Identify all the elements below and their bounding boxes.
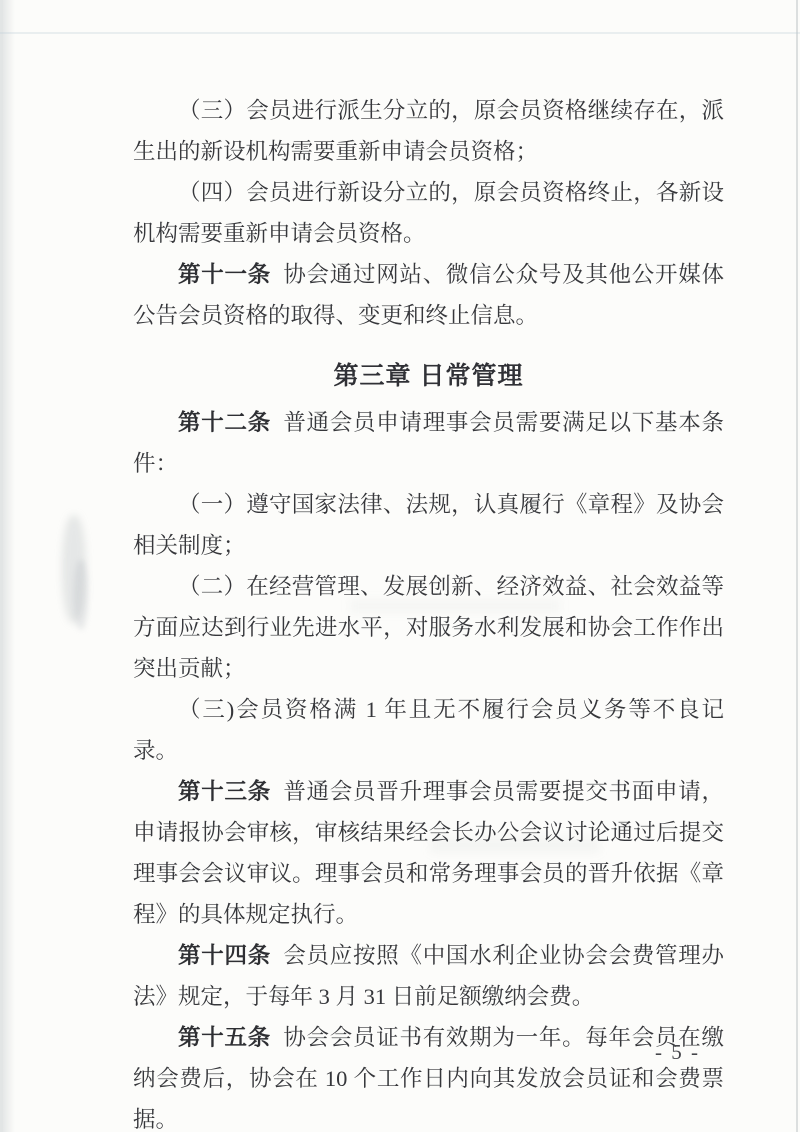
scan-edge-left-shadow [3, 0, 15, 1132]
article-term: 第十四条 [178, 943, 271, 968]
article-paragraph: 第十四条会员应按照《中国水利企业协会会费管理办法》规定，于每年 3 月 31 日… [133, 935, 724, 1017]
list-item-paragraph: （二）在经营管理、发展创新、经济效益、社会效益等方面应达到行业先进水平，对服务水… [133, 566, 724, 689]
article-term: 第十一条 [178, 262, 271, 287]
list-item-paragraph: （一）遵守国家法律、法规，认真履行《章程》及协会相关制度； [133, 484, 724, 566]
document-body: （三）会员进行派生分立的，原会员资格继续存在，派生出的新设机构需要重新申请会员资… [133, 90, 724, 1132]
article-term: 第十二条 [178, 410, 271, 435]
article-paragraph: 第十三条普通会员晋升理事会员需要提交书面申请，申请报协会审核，审核结果经会长办公… [133, 771, 724, 935]
article-term: 第十五条 [178, 1025, 271, 1050]
list-item-paragraph: （四）会员进行新设分立的，原会员资格终止，各新设机构需要重新申请会员资格。 [133, 172, 724, 254]
scan-artifact-top-line [0, 32, 800, 34]
scan-edge-right [796, 0, 798, 1132]
article-paragraph: 第十二条普通会员申请理事会员需要满足以下基本条件： [133, 402, 724, 484]
article-paragraph: 第十五条协会会员证书有效期为一年。每年会员在缴纳会费后，协会在 10 个工作日内… [133, 1017, 724, 1132]
list-item-paragraph: （三）会员进行派生分立的，原会员资格继续存在，派生出的新设机构需要重新申请会员资… [133, 90, 724, 172]
article-term: 第十三条 [178, 779, 271, 804]
scanned-document-page: （三）会员进行派生分立的，原会员资格继续存在，派生出的新设机构需要重新申请会员资… [0, 0, 800, 1132]
scan-smudge [74, 560, 88, 630]
page-number: - 5 - [655, 1040, 700, 1065]
list-item-paragraph: （三)会员资格满 1 年且无不履行会员义务等不良记录。 [133, 689, 724, 771]
article-paragraph: 第十一条协会通过网站、微信公众号及其他公开媒体公告会员资格的取得、变更和终止信息… [133, 254, 724, 336]
chapter-heading: 第三章 日常管理 [133, 356, 724, 397]
